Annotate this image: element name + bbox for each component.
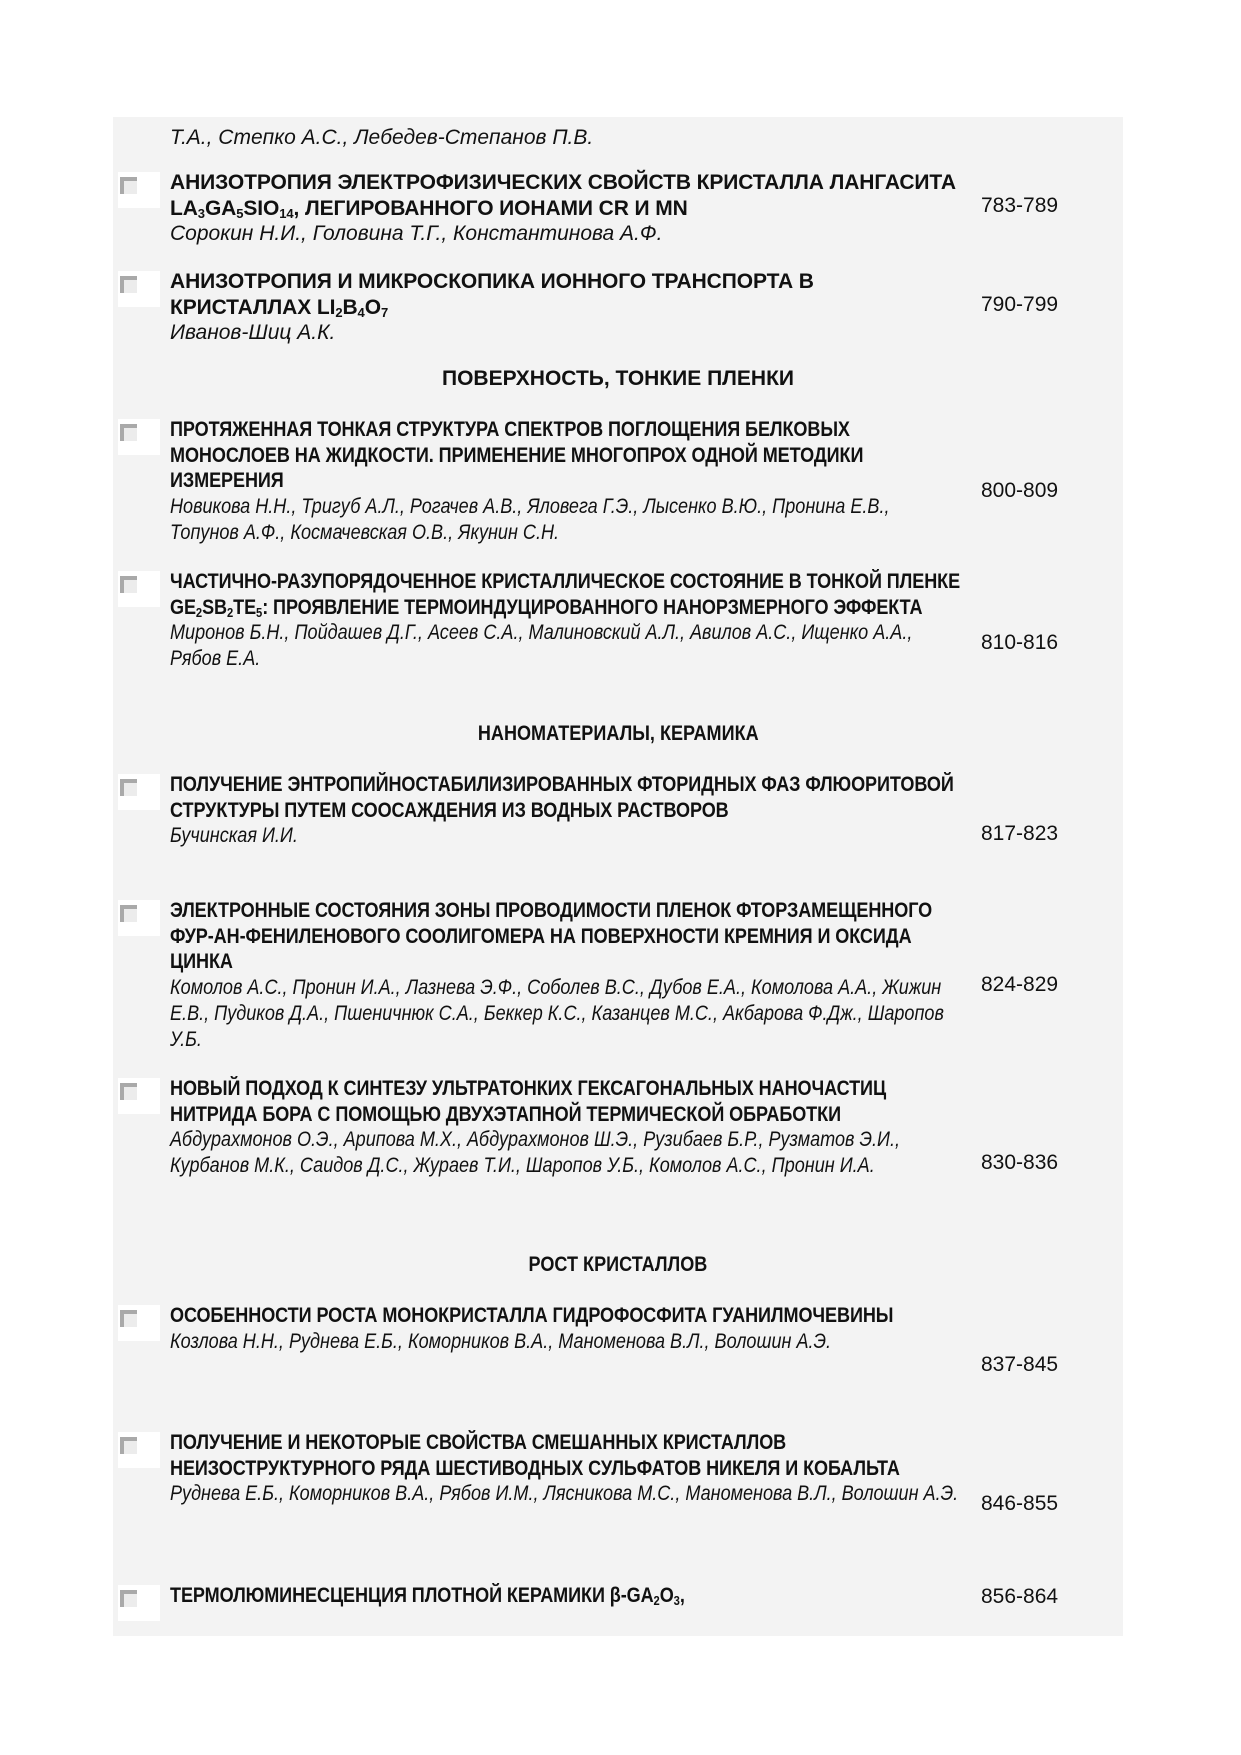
checkbox-icon — [120, 1310, 137, 1327]
entry-checkbox[interactable] — [118, 419, 160, 455]
entry-authors: Козлова Н.Н., Руднева Е.Б., Коморников В… — [170, 1329, 961, 1355]
section-heading-text: РОСТ КРИСТАЛЛОВ — [529, 1253, 708, 1277]
entry-pages: 837-845 — [981, 1353, 1058, 1377]
entry-pages: 783-789 — [981, 194, 1058, 218]
entry-checkbox[interactable] — [118, 900, 160, 936]
entry-title[interactable]: ПРОТЯЖЕННАЯ ТОНКАЯ СТРУКТУРА СПЕКТРОВ ПО… — [170, 417, 961, 494]
entry-pages: 800-809 — [981, 479, 1058, 503]
entry-pages: 830-836 — [981, 1151, 1058, 1175]
entry-title[interactable]: ПОЛУЧЕНИЕ ЭНТРОПИЙНОСТАБИЛИЗИРОВАННЫХ ФТ… — [170, 772, 961, 823]
entry-checkbox[interactable] — [118, 1585, 160, 1621]
entry-authors: Иванов-Шиц А.К. — [170, 320, 960, 346]
entry-title[interactable]: ПОЛУЧЕНИЕ И НЕКОТОРЫЕ СВОЙСТВА СМЕШАННЫХ… — [170, 1430, 961, 1481]
entry-pages: 824-829 — [981, 973, 1058, 997]
checkbox-icon — [120, 779, 137, 796]
checkbox-icon — [120, 1083, 137, 1100]
entry-authors: Комолов А.С., Пронин И.А., Лазнева Э.Ф.,… — [170, 975, 961, 1053]
entry-pages: 817-823 — [981, 822, 1058, 846]
entry-checkbox[interactable] — [118, 1432, 160, 1468]
checkbox-icon — [120, 177, 137, 194]
checkbox-icon — [120, 905, 137, 922]
section-heading: ПОВЕРХНОСТЬ, ТОНКИЕ ПЛЕНКИ — [113, 367, 1123, 391]
entry-authors: Новикова Н.Н., Тригуб А.Л., Рогачев А.В.… — [170, 494, 961, 546]
entry-title[interactable]: АНИЗОТРОПИЯ ЭЛЕКТРОФИЗИЧЕСКИХ СВОЙСТВ КР… — [170, 170, 960, 221]
checkbox-icon — [120, 1437, 137, 1454]
entry-pages: 790-799 — [981, 293, 1058, 317]
section-heading: НАНОМАТЕРИАЛЫ, КЕРАМИКА — [113, 722, 1123, 746]
entry-checkbox[interactable] — [118, 774, 160, 810]
entry-title[interactable]: НОВЫЙ ПОДХОД К СИНТЕЗУ УЛЬТРАТОНКИХ ГЕКС… — [170, 1076, 961, 1127]
section-heading: РОСТ КРИСТАЛЛОВ — [113, 1253, 1123, 1277]
entry-authors: Т.А., Степко А.С., Лебедев-Степанов П.В. — [170, 125, 960, 151]
entry-authors: Руднева Е.Б., Коморников В.А., Рябов И.М… — [170, 1481, 961, 1507]
entry-authors: Бучинская И.И. — [170, 823, 961, 849]
entry-checkbox[interactable] — [118, 271, 160, 307]
entry-checkbox[interactable] — [118, 1078, 160, 1114]
checkbox-icon — [120, 424, 137, 441]
checkbox-icon — [120, 1590, 137, 1607]
entry-pages: 810-816 — [981, 631, 1058, 655]
entry-checkbox[interactable] — [118, 1305, 160, 1341]
entry-title[interactable]: АНИЗОТРОПИЯ И МИКРОСКОПИКА ИОННОГО ТРАНС… — [170, 269, 960, 320]
checkbox-icon — [120, 576, 137, 593]
entry-title[interactable]: ТЕРМОЛЮМИНЕСЦЕНЦИЯ ПЛОТНОЙ КЕРАМИКИ β-GA… — [170, 1583, 961, 1609]
entry-checkbox[interactable] — [118, 172, 160, 208]
entry-authors: Сорокин Н.И., Головина Т.Г., Константино… — [170, 221, 960, 247]
entry-pages: 846-855 — [981, 1492, 1058, 1516]
entry-title[interactable]: ОСОБЕННОСТИ РОСТА МОНОКРИСТАЛЛА ГИДРОФОС… — [170, 1303, 961, 1329]
entry-pages: 856-864 — [981, 1585, 1058, 1609]
entry-title[interactable]: ЭЛЕКТРОННЫЕ СОСТОЯНИЯ ЗОНЫ ПРОВОДИМОСТИ … — [170, 898, 961, 975]
entry-authors: Абдурахмонов О.Э., Арипова М.Х., Абдурах… — [170, 1127, 961, 1179]
entry-authors: Миронов Б.Н., Пойдашев Д.Г., Асеев С.А.,… — [170, 620, 961, 672]
table-of-contents: Т.А., Степко А.С., Лебедев-Степанов П.В.… — [113, 117, 1123, 1636]
entry-checkbox[interactable] — [118, 571, 160, 607]
section-heading-text: НАНОМАТЕРИАЛЫ, КЕРАМИКА — [478, 722, 759, 746]
entry-title[interactable]: ЧАСТИЧНО-РАЗУПОРЯДОЧЕННОЕ КРИСТАЛЛИЧЕСКО… — [170, 569, 961, 620]
checkbox-icon — [120, 276, 137, 293]
